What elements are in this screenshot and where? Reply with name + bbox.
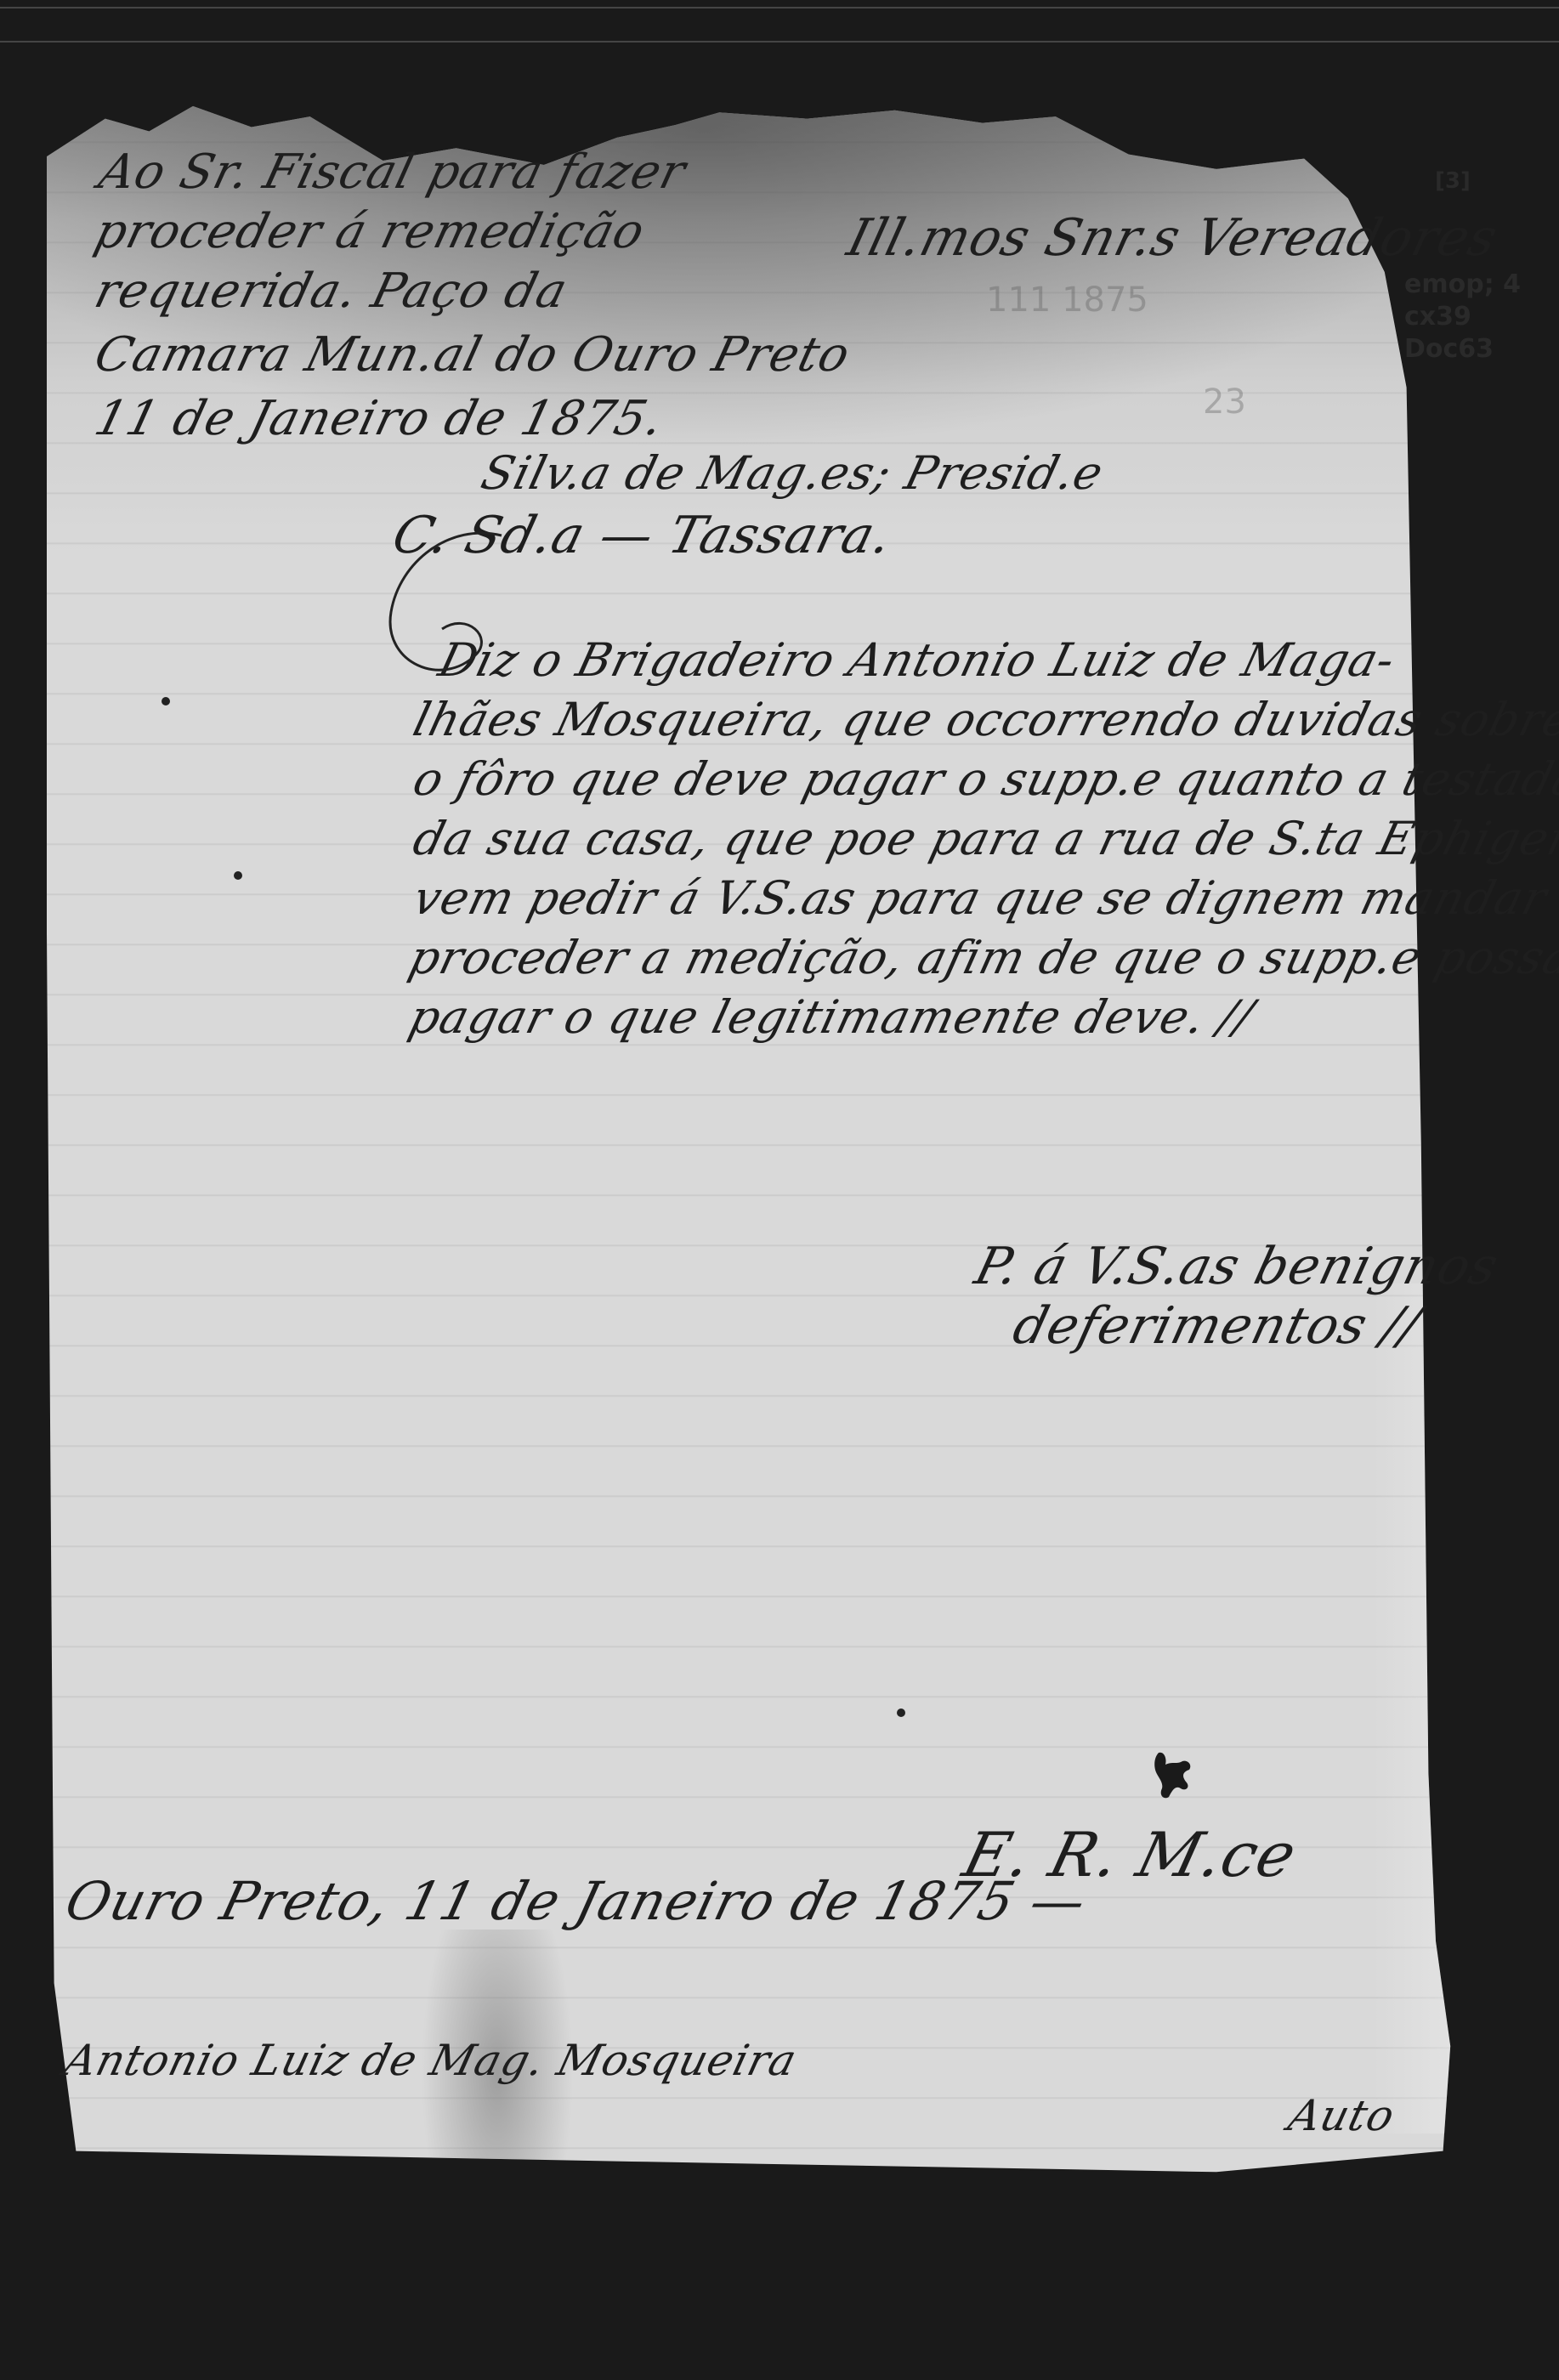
closing-line: deferimentos // xyxy=(1007,1296,1427,1356)
petition-line: o fôro que deve pagar o supp.e quanto a … xyxy=(408,752,1559,806)
stray-ink-dot xyxy=(162,697,170,705)
petition-line: lhães Mosqueira, que occorrendo duvidas … xyxy=(408,693,1559,746)
petitioner-signature: Antonio Luiz de Mag. Mosqueira xyxy=(60,2036,802,2085)
petition-line: da sua casa, que poe para a rua de S.ta … xyxy=(408,812,1559,865)
scanner-edge-line xyxy=(0,41,1559,42)
despacho-signature: C. Sd.a — Tassara. xyxy=(387,506,899,565)
salutation: Ill.mos Snr.s Vereadores xyxy=(842,208,1504,268)
archive-corner-mark: [3] xyxy=(1435,167,1471,195)
despacho-line: proceder á remedição xyxy=(89,204,650,259)
despacho-line: Camara Mun.al do Ouro Preto xyxy=(89,327,856,382)
despacho-line: Ao Sr. Fiscal para fazer xyxy=(94,144,691,200)
stray-ink-dot xyxy=(897,1708,905,1717)
despacho-signature: Silv.a de Mag.es; Presid.e xyxy=(476,446,1109,500)
ink-blot-icon xyxy=(1152,1749,1199,1804)
pencil-annotation: 23 xyxy=(1203,382,1246,422)
despacho-line: 11 de Janeiro de 1875. xyxy=(89,391,669,446)
filing-note: Auto xyxy=(1284,2091,1400,2140)
petition-line: proceder a medição, afim de que o supp.e… xyxy=(404,931,1559,984)
archive-code-fund: emop; 4 xyxy=(1404,270,1521,299)
pencil-annotation: 111 1875 xyxy=(986,280,1148,320)
archive-code-box: cx39 xyxy=(1404,303,1471,331)
scanner-edge-line xyxy=(0,7,1559,8)
petition-line: vem pedir á V.S.as para que se dignem ma… xyxy=(408,871,1553,925)
archive-code-doc: Doc63 xyxy=(1404,335,1494,364)
petition-line: pagar o que legitimamente deve. // xyxy=(404,990,1259,1044)
petition-line: Diz o Brigadeiro Antonio Luiz de Maga- xyxy=(434,633,1401,687)
dateline: Ouro Preto, 11 de Janeiro de 1875 — xyxy=(60,1870,1093,1932)
closing-line: P. á V.S.as benignos xyxy=(969,1237,1505,1296)
despacho-line: requerida. Paço da xyxy=(89,263,573,319)
